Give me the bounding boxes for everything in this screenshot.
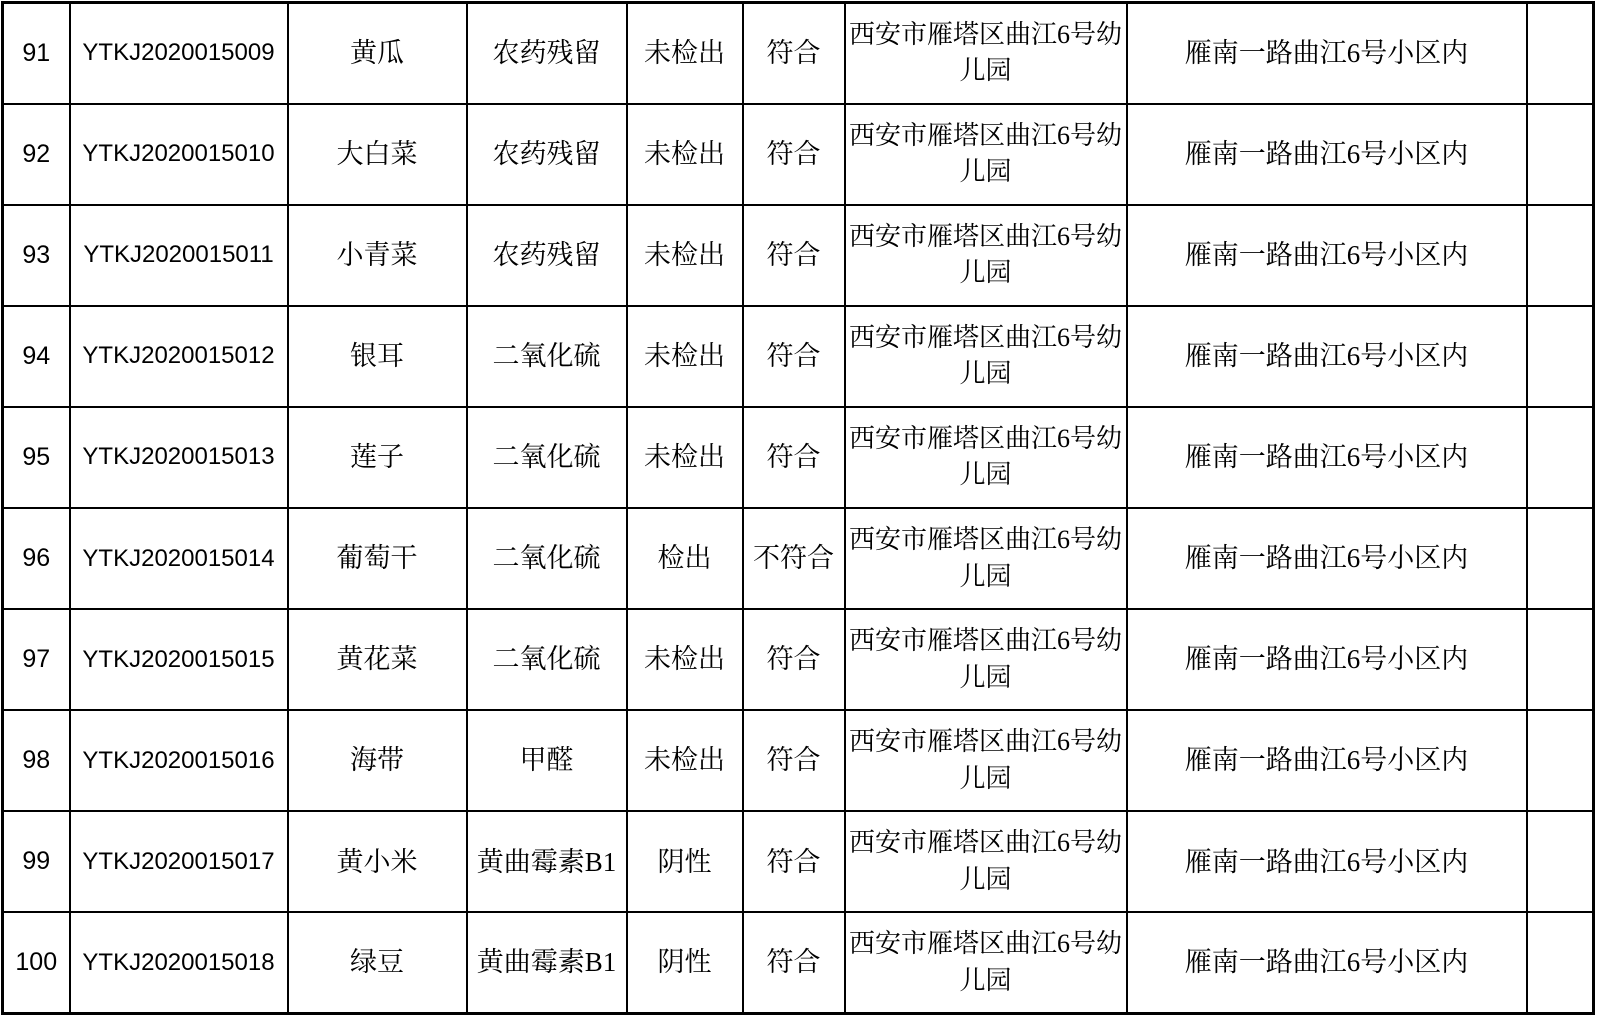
table-row: 97 YTKJ2020015015 黄花菜 二氧化硫 未检出 符合 西安市雁塔区… <box>3 609 1594 710</box>
conclusion: 符合 <box>743 3 845 104</box>
sample-id: YTKJ2020015009 <box>70 3 288 104</box>
sampling-org: 西安市雁塔区曲江6号幼儿园 <box>845 3 1127 104</box>
conclusion: 符合 <box>743 205 845 306</box>
sample-name: 黄瓜 <box>288 3 467 104</box>
sample-name: 绿豆 <box>288 912 467 1013</box>
table-row: 92 YTKJ2020015010 大白菜 农药残留 未检出 符合 西安市雁塔区… <box>3 104 1594 205</box>
test-item: 二氧化硫 <box>467 407 627 508</box>
test-result: 未检出 <box>627 609 743 710</box>
sampling-org: 西安市雁塔区曲江6号幼儿园 <box>845 205 1127 306</box>
empty-cell <box>1527 912 1594 1013</box>
test-item: 黄曲霉素B1 <box>467 912 627 1013</box>
row-index: 91 <box>3 3 70 104</box>
empty-cell <box>1527 104 1594 205</box>
table-row: 94 YTKJ2020015012 银耳 二氧化硫 未检出 符合 西安市雁塔区曲… <box>3 306 1594 407</box>
sample-id: YTKJ2020015015 <box>70 609 288 710</box>
row-index: 97 <box>3 609 70 710</box>
conclusion: 符合 <box>743 609 845 710</box>
sampling-org: 西安市雁塔区曲江6号幼儿园 <box>845 912 1127 1013</box>
conclusion: 符合 <box>743 811 845 912</box>
empty-cell <box>1527 811 1594 912</box>
sampling-address: 雁南一路曲江6号小区内 <box>1127 407 1527 508</box>
conclusion: 符合 <box>743 912 845 1013</box>
sample-name: 银耳 <box>288 306 467 407</box>
sampling-org: 西安市雁塔区曲江6号幼儿园 <box>845 609 1127 710</box>
test-result: 未检出 <box>627 205 743 306</box>
test-result: 未检出 <box>627 3 743 104</box>
sample-id: YTKJ2020015014 <box>70 508 288 609</box>
sample-name: 大白菜 <box>288 104 467 205</box>
table-row: 99 YTKJ2020015017 黄小米 黄曲霉素B1 阴性 符合 西安市雁塔… <box>3 811 1594 912</box>
sample-id: YTKJ2020015011 <box>70 205 288 306</box>
test-item: 农药残留 <box>467 205 627 306</box>
row-index: 94 <box>3 306 70 407</box>
empty-cell <box>1527 407 1594 508</box>
empty-cell <box>1527 306 1594 407</box>
table-row: 96 YTKJ2020015014 葡萄干 二氧化硫 检出 不符合 西安市雁塔区… <box>3 508 1594 609</box>
conclusion: 不符合 <box>743 508 845 609</box>
empty-cell <box>1527 205 1594 306</box>
test-result: 未检出 <box>627 407 743 508</box>
test-result: 阴性 <box>627 912 743 1013</box>
empty-cell <box>1527 508 1594 609</box>
empty-cell <box>1527 710 1594 811</box>
table-row: 100 YTKJ2020015018 绿豆 黄曲霉素B1 阴性 符合 西安市雁塔… <box>3 912 1594 1013</box>
test-item: 农药残留 <box>467 104 627 205</box>
conclusion: 符合 <box>743 306 845 407</box>
row-index: 99 <box>3 811 70 912</box>
test-item: 农药残留 <box>467 3 627 104</box>
test-result: 未检出 <box>627 710 743 811</box>
test-item: 二氧化硫 <box>467 508 627 609</box>
sample-id: YTKJ2020015010 <box>70 104 288 205</box>
row-index: 95 <box>3 407 70 508</box>
sample-name: 莲子 <box>288 407 467 508</box>
conclusion: 符合 <box>743 407 845 508</box>
table-row: 91 YTKJ2020015009 黄瓜 农药残留 未检出 符合 西安市雁塔区曲… <box>3 3 1594 104</box>
sampling-org: 西安市雁塔区曲江6号幼儿园 <box>845 508 1127 609</box>
sample-id: YTKJ2020015016 <box>70 710 288 811</box>
sample-name: 海带 <box>288 710 467 811</box>
test-item: 二氧化硫 <box>467 609 627 710</box>
sampling-address: 雁南一路曲江6号小区内 <box>1127 205 1527 306</box>
sample-name: 葡萄干 <box>288 508 467 609</box>
test-result: 阴性 <box>627 811 743 912</box>
row-index: 100 <box>3 912 70 1013</box>
sample-id: YTKJ2020015012 <box>70 306 288 407</box>
sampling-org: 西安市雁塔区曲江6号幼儿园 <box>845 811 1127 912</box>
sampling-address: 雁南一路曲江6号小区内 <box>1127 710 1527 811</box>
sample-name: 小青菜 <box>288 205 467 306</box>
test-item: 黄曲霉素B1 <box>467 811 627 912</box>
test-result: 未检出 <box>627 104 743 205</box>
row-index: 92 <box>3 104 70 205</box>
sampling-address: 雁南一路曲江6号小区内 <box>1127 306 1527 407</box>
table-row: 95 YTKJ2020015013 莲子 二氧化硫 未检出 符合 西安市雁塔区曲… <box>3 407 1594 508</box>
conclusion: 符合 <box>743 104 845 205</box>
sampling-address: 雁南一路曲江6号小区内 <box>1127 3 1527 104</box>
sample-name: 黄小米 <box>288 811 467 912</box>
sampling-org: 西安市雁塔区曲江6号幼儿园 <box>845 407 1127 508</box>
sampling-address: 雁南一路曲江6号小区内 <box>1127 104 1527 205</box>
sample-id: YTKJ2020015018 <box>70 912 288 1013</box>
table-row: 98 YTKJ2020015016 海带 甲醛 未检出 符合 西安市雁塔区曲江6… <box>3 710 1594 811</box>
sampling-address: 雁南一路曲江6号小区内 <box>1127 508 1527 609</box>
row-index: 98 <box>3 710 70 811</box>
test-result: 检出 <box>627 508 743 609</box>
sample-name: 黄花菜 <box>288 609 467 710</box>
sampling-org: 西安市雁塔区曲江6号幼儿园 <box>845 104 1127 205</box>
test-item: 甲醛 <box>467 710 627 811</box>
table-row: 93 YTKJ2020015011 小青菜 农药残留 未检出 符合 西安市雁塔区… <box>3 205 1594 306</box>
row-index: 96 <box>3 508 70 609</box>
test-item: 二氧化硫 <box>467 306 627 407</box>
test-result: 未检出 <box>627 306 743 407</box>
sample-id: YTKJ2020015013 <box>70 407 288 508</box>
row-index: 93 <box>3 205 70 306</box>
conclusion: 符合 <box>743 710 845 811</box>
sampling-org: 西安市雁塔区曲江6号幼儿园 <box>845 710 1127 811</box>
empty-cell <box>1527 609 1594 710</box>
sampling-address: 雁南一路曲江6号小区内 <box>1127 912 1527 1013</box>
test-results-table: 91 YTKJ2020015009 黄瓜 农药残留 未检出 符合 西安市雁塔区曲… <box>1 1 1595 1015</box>
sampling-address: 雁南一路曲江6号小区内 <box>1127 609 1527 710</box>
sampling-org: 西安市雁塔区曲江6号幼儿园 <box>845 306 1127 407</box>
empty-cell <box>1527 3 1594 104</box>
sample-id: YTKJ2020015017 <box>70 811 288 912</box>
sampling-address: 雁南一路曲江6号小区内 <box>1127 811 1527 912</box>
